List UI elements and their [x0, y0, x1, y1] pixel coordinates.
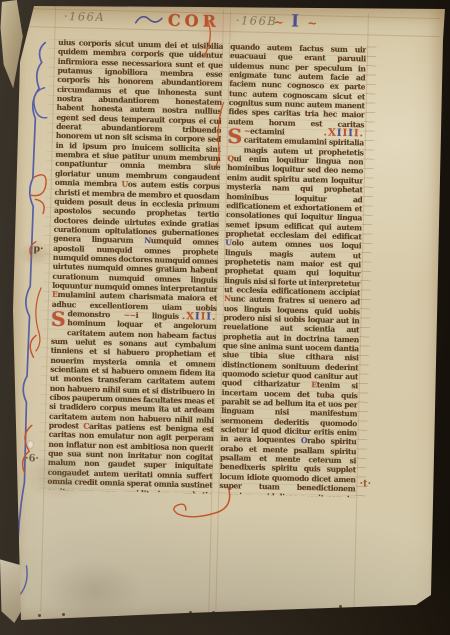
- prick-hole: [38, 614, 41, 617]
- folio-number-right: ·166B: [236, 13, 278, 28]
- parchment-hole: [27, 440, 34, 449]
- margin-mark-6: ·6·: [25, 453, 39, 464]
- book-numeral-flourish-before: ~: [274, 15, 284, 29]
- header-flourish-icon: [134, 10, 164, 29]
- body-text: i linguis hominum loquar et angelorum ca…: [49, 311, 217, 431]
- margin-mark-p: ·p·: [30, 243, 44, 254]
- manuscript-leaf: ·166A COR ·166B ~ I ~ uius corporis sicu…: [0, 0, 450, 635]
- photo-backdrop: ·166A COR ·166B ~ I ~ uius corporis sicu…: [0, 0, 450, 635]
- prick-hole: [339, 605, 342, 608]
- body-text: olo autem omnes uos loqui linguis magis …: [224, 238, 361, 297]
- book-numeral-flourish-after: ~: [307, 16, 317, 30]
- running-title-group: COR: [133, 6, 220, 34]
- rubricated-letter: ~~: [124, 311, 136, 320]
- header-ruling-line-bottom: [26, 26, 440, 37]
- body-text: os autem estis corpus christi et membra …: [53, 180, 220, 245]
- body-text: quando autem factus sum uir euacuaui que…: [228, 42, 366, 129]
- drop-cap-initial: S: [51, 310, 65, 328]
- text-column-right: quando autem factus sum uir euacuaui que…: [219, 42, 366, 497]
- body-text: umquid omnes apostoli numquid omnes prop…: [52, 236, 218, 293]
- body-text: uius corporis sicut unum dei et uisibili…: [55, 38, 224, 189]
- page-content: ·166A COR ·166B ~ I ~ uius corporis sicu…: [0, 0, 450, 635]
- running-title: COR: [168, 10, 220, 30]
- margin-mark-t: ·t·: [359, 478, 371, 489]
- body-text: rabo spiritu orabo et mente psallam spir…: [219, 437, 356, 498]
- body-text: tenim si incertam uocem det tuba quis pa…: [220, 381, 358, 446]
- folio-number-left: ·166A: [64, 9, 106, 24]
- drop-cap-initial: S: [228, 127, 242, 145]
- book-numeral: I: [291, 12, 300, 32]
- prick-hole: [62, 613, 65, 616]
- book-numeral-group: ~ I ~: [274, 11, 318, 32]
- text-column-left: uius corporis sicut unum dei et uisibili…: [47, 38, 223, 494]
- prick-hole: [212, 611, 215, 614]
- body-text: aritas patiens est benigna est caritas n…: [47, 422, 214, 494]
- body-text: ui enim loquitur lingua non hominibus lo…: [225, 154, 363, 241]
- prick-hole: [189, 611, 192, 614]
- body-text: unc autem fratres si uenero ad uos lingu…: [222, 294, 360, 389]
